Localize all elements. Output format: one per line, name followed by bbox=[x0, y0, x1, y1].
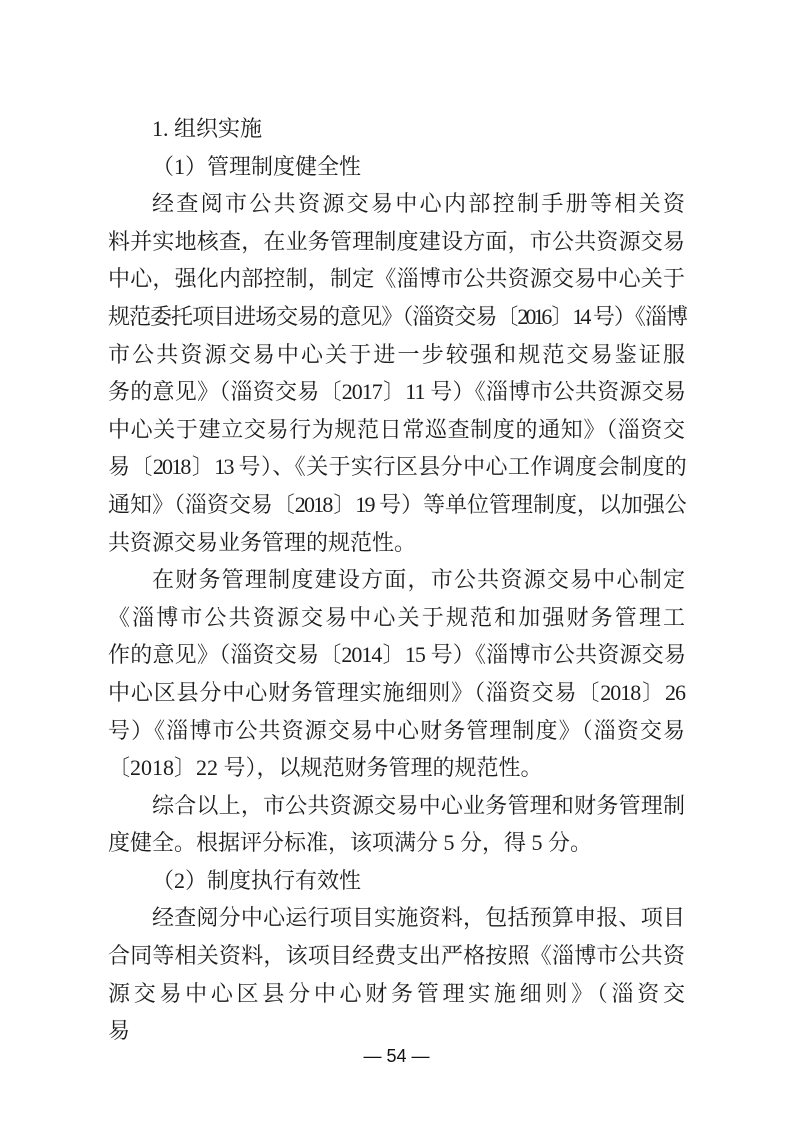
text-line: 综合以上，市公共资源交易中心业务管理和财务管理制 bbox=[108, 787, 685, 825]
text-line: 市公共资源交易中心关于进一步较强和规范交易鉴证服 bbox=[108, 336, 685, 374]
text-line: 《淄博市公共资源交易中心关于规范和加强财务管理工 bbox=[108, 599, 685, 637]
text-line: 规范委托项目进场交易的意见》（淄资交易〔2016〕14 号）《淄博 bbox=[108, 298, 685, 336]
section-heading-organization-implementation: 1. 组织实施 bbox=[108, 110, 685, 148]
text-line: 料并实地核查，在业务管理制度建设方面，市公共资源交易 bbox=[108, 223, 685, 261]
text-line: 通知》（淄资交易〔2018〕19 号）等单位管理制度，以加强公 bbox=[108, 486, 685, 524]
document-body: 1. 组织实施 （1）管理制度健全性 经查阅市公共资源交易中心内部控制手册等相关… bbox=[108, 110, 685, 1050]
document-page: 1. 组织实施 （1）管理制度健全性 经查阅市公共资源交易中心内部控制手册等相关… bbox=[0, 0, 793, 1122]
text-line: 易 bbox=[108, 1012, 685, 1050]
text-line: 号）《淄博市公共资源交易中心财务管理制度》（淄资交易 bbox=[108, 712, 685, 750]
text-line: 中心，强化内部控制，制定《淄博市公共资源交易中心关于 bbox=[108, 260, 685, 298]
text-line: 共资源交易业务管理的规范性。 bbox=[108, 524, 685, 562]
text-line: 中心区县分中心财务管理实施细则》（淄资交易〔2018〕26 bbox=[108, 674, 685, 712]
text-line: 务的意见》（淄资交易〔2017〕11 号）《淄博市公共资源交易 bbox=[108, 373, 685, 411]
text-line: 作的意见》（淄资交易〔2014〕15 号）《淄博市公共资源交易 bbox=[108, 636, 685, 674]
text-line: 源交易中心区县分中心财务管理实施细则》（淄资交 bbox=[108, 975, 685, 1013]
subsection-heading-management-system-completeness: （1）管理制度健全性 bbox=[108, 148, 685, 186]
text-line: 中心关于建立交易行为规范日常巡查制度的通知》（淄资交 bbox=[108, 411, 685, 449]
text-line: 经查阅分中心运行项目实施资料，包括预算申报、项目 bbox=[108, 899, 685, 937]
text-line: 〔2018〕22 号），以规范财务管理的规范性。 bbox=[108, 749, 685, 787]
page-number: — 54 — bbox=[0, 1046, 793, 1067]
text-line: 易〔2018〕13 号）、《关于实行区县分中心工作调度会制度的 bbox=[108, 448, 685, 486]
text-line: 在财务管理制度建设方面，市公共资源交易中心制定 bbox=[108, 561, 685, 599]
text-line: 度健全。根据评分标准，该项满分 5 分，得 5 分。 bbox=[108, 824, 685, 862]
text-line: 合同等相关资料，该项目经费支出严格按照《淄博市公共资 bbox=[108, 937, 685, 975]
text-line: 经查阅市公共资源交易中心内部控制手册等相关资 bbox=[108, 185, 685, 223]
subsection-heading-system-execution-effectiveness: （2）制度执行有效性 bbox=[108, 862, 685, 900]
